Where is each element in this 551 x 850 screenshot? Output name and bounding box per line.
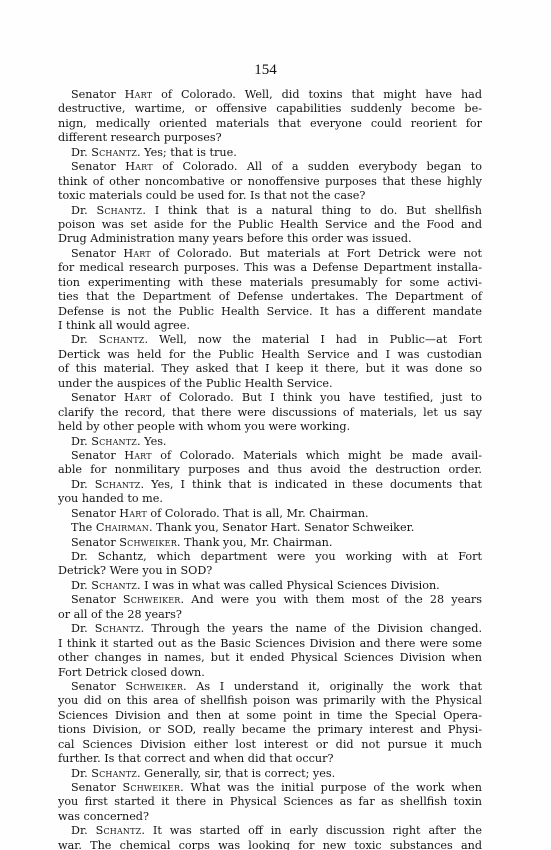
text-line: war. The chemical corps was looking for … [58, 839, 482, 850]
speaker-name: Schantz [95, 478, 141, 491]
text-line: Dr. Schantz, which department were you w… [58, 550, 482, 564]
text-line: clarify the record, that there were disc… [58, 406, 482, 420]
text-line: held by other people with whom you were … [58, 420, 482, 434]
text-line: Sciences Division and then at some point… [58, 709, 482, 723]
speaker-name: Hart [124, 391, 152, 404]
text-run: . Well, now the material I had in Public… [145, 333, 483, 346]
text-run: able for nonmilitary purposes and thus a… [58, 463, 482, 476]
speaker-name: Schantz [91, 767, 137, 780]
text-line: Senator Hart of Colorado. But materials … [58, 247, 482, 261]
text-line: Senator Hart of Colorado. Well, did toxi… [58, 88, 482, 102]
text-run: Detrick? Were you in SOD? [58, 564, 212, 577]
text-run: think of other noncombative or nonoffens… [58, 175, 482, 188]
text-run: . Generally, sir, that is correct; yes. [137, 767, 335, 780]
text-line: Dr. Schantz. It was started off in early… [58, 824, 482, 838]
text-line: nign, medically oriented materials that … [58, 117, 482, 131]
text-line: The Chairman. Thank you, Senator Hart. S… [58, 521, 482, 535]
speaker-name: Chairman [96, 521, 149, 534]
text-line: you first started it there in Physical S… [58, 795, 482, 809]
text-run: toxic materials could be used for. Is th… [58, 189, 365, 202]
text-run: . What was the initial purpose of the wo… [180, 781, 482, 794]
text-line: destructive, wartime, or offensive capab… [58, 102, 482, 116]
text-run: Senator [71, 391, 124, 404]
text-run: . Yes, I think that is indicated in thes… [141, 478, 482, 491]
text-line: Senator Schweiker. And were you with the… [58, 593, 482, 607]
text-line: think of other noncombative or nonoffens… [58, 175, 482, 189]
text-run: . Yes; that is true. [137, 146, 237, 159]
text-run: of Colorado. All of a sudden everybody b… [153, 160, 482, 173]
speaker-name: Schantz [96, 824, 142, 837]
text-line: Senator Schweiker. Thank you, Mr. Chairm… [58, 536, 482, 550]
speaker-name: Schantz [99, 333, 145, 346]
text-line: Senator Hart of Colorado. All of a sudde… [58, 160, 482, 174]
text-run: under the auspices of the Public Health … [58, 377, 333, 390]
speaker-name: Schweiker [119, 536, 177, 549]
text-run: clarify the record, that there were disc… [58, 406, 482, 419]
text-line: I think it started out as the Basic Scie… [58, 637, 482, 651]
text-run: I think all would agree. [58, 319, 190, 332]
speaker-name: Hart [123, 247, 151, 260]
text-line: Drug Administration many years before th… [58, 232, 482, 246]
text-line: tions Division, or SOD, really became th… [58, 723, 482, 737]
text-line: under the auspices of the Public Health … [58, 377, 482, 391]
text-line: or all of the 28 years? [58, 608, 482, 622]
text-run: . Thank you, Senator Hart. Senator Schwe… [149, 521, 414, 534]
text-line: Senator Schweiker. What was the initial … [58, 781, 482, 795]
text-line: Detrick? Were you in SOD? [58, 564, 482, 578]
text-run: nign, medically oriented materials that … [58, 117, 482, 130]
text-line: Dertick was held for the Public Health S… [58, 348, 482, 362]
text-line: ties that the Department of Defense unde… [58, 290, 482, 304]
text-run: . It was started off in early discussion… [141, 824, 482, 837]
text-line: Dr. Schantz. I think that is a natural t… [58, 204, 482, 218]
text-line: cal Sciences Division either lost intere… [58, 738, 482, 752]
speaker-name: Schantz [91, 579, 137, 592]
text-run: tions Division, or SOD, really became th… [58, 723, 482, 736]
text-run: of Colorado. That is all, Mr. Chairman. [147, 507, 369, 520]
speaker-name: Hart [119, 507, 147, 520]
text-run: Senator [71, 680, 125, 693]
text-run: war. The chemical corps was looking for … [58, 839, 482, 850]
text-run: Senator [71, 247, 123, 260]
text-run: Sciences Division and then at some point… [58, 709, 482, 722]
speaker-name: Hart [125, 88, 153, 101]
text-run: poison was set aside for the Public Heal… [58, 218, 482, 231]
text-run: Senator [71, 88, 125, 101]
text-run: of Colorado. But I think you have testif… [152, 391, 482, 404]
text-run: Dr. [71, 204, 96, 217]
text-line: Dr. Schantz. Yes. [58, 435, 482, 449]
text-run: Drug Administration many years before th… [58, 232, 412, 245]
text-run: . As I understand it, originally the wor… [183, 680, 482, 693]
text-run: further. Is that correct and when did th… [58, 752, 333, 765]
text-line: other changes in names, but it ended Phy… [58, 651, 482, 665]
text-run: Dr. Schantz, which department were you w… [71, 550, 482, 563]
text-run: Dertick was held for the Public Health S… [58, 348, 482, 361]
text-line: Fort Detrick closed down. [58, 666, 482, 680]
text-run: you handed to me. [58, 492, 163, 505]
text-line: you did on this area of shellfish poison… [58, 694, 482, 708]
text-line: further. Is that correct and when did th… [58, 752, 482, 766]
text-run: of Colorado. Materials which might be ma… [152, 449, 482, 462]
speaker-name: Schantz [96, 204, 142, 217]
text-line: Senator Schweiker. As I understand it, o… [58, 680, 482, 694]
text-line: toxic materials could be used for. Is th… [58, 189, 482, 203]
text-run: Dr. [71, 478, 95, 491]
text-line: Defense is not the Public Health Service… [58, 305, 482, 319]
text-run: Dr. [71, 435, 91, 448]
text-run: was concerned? [58, 810, 149, 823]
text-run: Dr. [71, 767, 91, 780]
text-run: Senator [71, 160, 125, 173]
text-line: different research purposes? [58, 131, 482, 145]
speaker-name: Schantz [91, 435, 137, 448]
text-run: Dr. [71, 622, 95, 635]
text-line: for medical research purposes. This was … [58, 261, 482, 275]
text-run: Fort Detrick closed down. [58, 666, 205, 679]
text-run: Senator [71, 781, 123, 794]
text-run: . I think that is a natural thing to do.… [142, 204, 482, 217]
document-page: 154 Senator Hart of Colorado. Well, did … [0, 0, 551, 850]
text-run: . And were you with them most of the 28 … [181, 593, 482, 606]
text-run: The [71, 521, 96, 534]
speaker-name: Schantz [91, 146, 137, 159]
text-line: Dr. Schantz. I was in what was called Ph… [58, 579, 482, 593]
text-run: Dr. [71, 146, 91, 159]
text-run: Senator [71, 507, 119, 520]
text-run: held by other people with whom you were … [58, 420, 350, 433]
text-run: Senator [71, 449, 124, 462]
text-run: or all of the 28 years? [58, 608, 182, 621]
text-run: destructive, wartime, or offensive capab… [58, 102, 482, 115]
speaker-name: Schantz [95, 622, 141, 635]
text-line: Senator Hart of Colorado. But I think yo… [58, 391, 482, 405]
speaker-name: Schweiker [123, 781, 181, 794]
text-line: of this material. They asked that I keep… [58, 362, 482, 376]
text-run: you did on this area of shellfish poison… [58, 694, 482, 707]
text-run: for medical research purposes. This was … [58, 261, 482, 274]
text-line: I think all would agree. [58, 319, 482, 333]
speaker-name: Hart [125, 160, 153, 173]
text-line: tion experimenting with these materials … [58, 276, 482, 290]
text-run: . Through the years the name of the Divi… [141, 622, 482, 635]
text-run: different research purposes? [58, 131, 222, 144]
text-line: able for nonmilitary purposes and thus a… [58, 463, 482, 477]
page-number: 154 [0, 62, 531, 79]
text-line: Dr. Schantz. Well, now the material I ha… [58, 333, 482, 347]
text-run: other changes in names, but it ended Phy… [58, 651, 482, 664]
text-run: . Thank you, Mr. Chairman. [177, 536, 332, 549]
text-run: cal Sciences Division either lost intere… [58, 738, 482, 751]
text-line: Dr. Schantz. Through the years the name … [58, 622, 482, 636]
text-run: of this material. They asked that I keep… [58, 362, 482, 375]
text-run: tion experimenting with these materials … [58, 276, 482, 289]
text-run: you first started it there in Physical S… [58, 795, 482, 808]
text-line: Dr. Schantz. Yes, I think that is indica… [58, 478, 482, 492]
text-line: was concerned? [58, 810, 482, 824]
text-line: you handed to me. [58, 492, 482, 506]
text-line: Senator Hart of Colorado. Materials whic… [58, 449, 482, 463]
text-run: Dr. [71, 579, 91, 592]
text-run: Defense is not the Public Health Service… [58, 305, 482, 318]
speaker-name: Schweiker [125, 680, 183, 693]
speaker-name: Hart [124, 449, 152, 462]
text-run: Dr. [71, 824, 96, 837]
text-run: Senator [71, 593, 123, 606]
text-run: Senator [71, 536, 119, 549]
text-run: . Yes. [137, 435, 166, 448]
speaker-name: Schweiker [123, 593, 181, 606]
text-line: Dr. Schantz. Generally, sir, that is cor… [58, 767, 482, 781]
text-run: ties that the Department of Defense unde… [58, 290, 482, 303]
text-line: Dr. Schantz. Yes; that is true. [58, 146, 482, 160]
text-run: I think it started out as the Basic Scie… [58, 637, 482, 650]
text-run: Dr. [71, 333, 99, 346]
text-line: poison was set aside for the Public Heal… [58, 218, 482, 232]
hearing-transcript-text: Senator Hart of Colorado. Well, did toxi… [58, 88, 482, 850]
text-run: of Colorado. Well, did toxins that might… [152, 88, 482, 101]
text-run: . I was in what was called Physical Scie… [137, 579, 440, 592]
text-line: Senator Hart of Colorado. That is all, M… [58, 507, 482, 521]
text-run: of Colorado. But materials at Fort Detri… [151, 247, 482, 260]
